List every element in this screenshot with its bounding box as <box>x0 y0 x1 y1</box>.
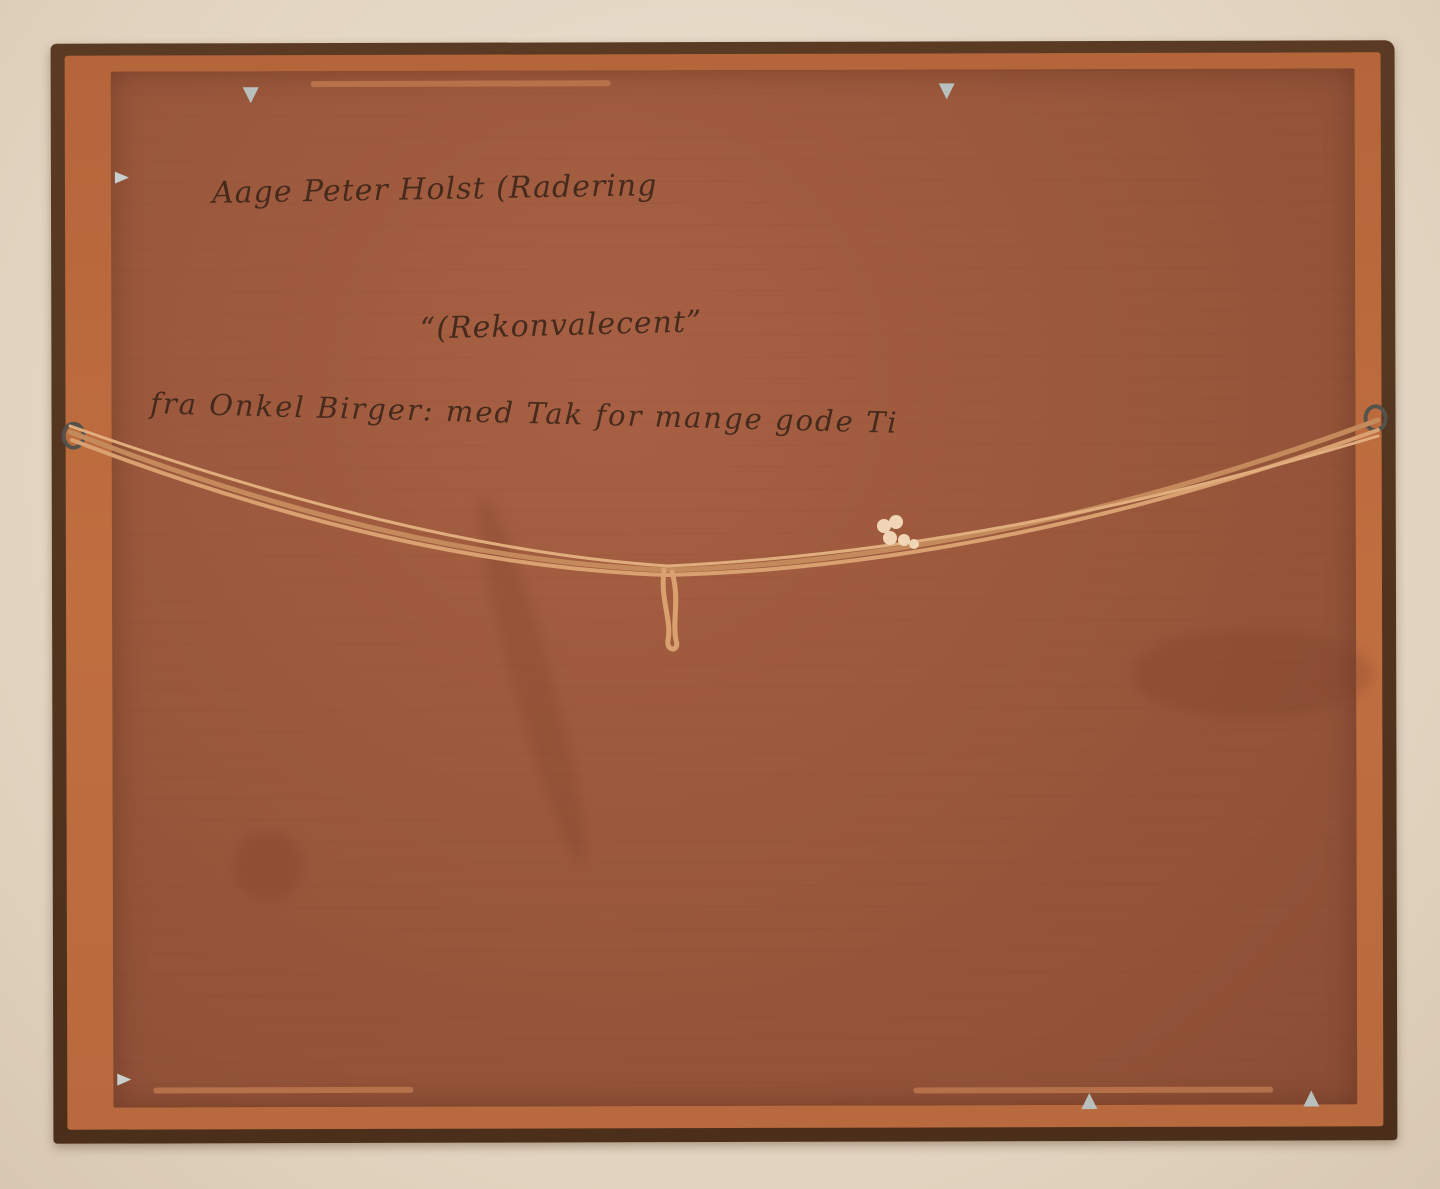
brad-icon <box>1303 1090 1319 1106</box>
backing-paper <box>111 68 1358 1107</box>
brad-icon <box>243 87 259 103</box>
brad-icon <box>117 1074 131 1086</box>
right-screw-eye-icon <box>1364 404 1388 432</box>
water-stain <box>1132 628 1372 719</box>
torn-paper-edge <box>311 80 611 87</box>
left-screw-eye-icon <box>62 422 86 450</box>
brad-icon <box>939 83 955 99</box>
torn-paper-edge <box>153 1087 413 1094</box>
water-stain <box>463 492 601 869</box>
photo-background: Aage Peter Holst (Radering “(Rekonvalece… <box>0 0 1440 1189</box>
inscription-title: “(Rekonvalecent” <box>420 304 703 346</box>
water-stain <box>233 831 303 901</box>
brad-icon <box>115 172 129 184</box>
brad-icon <box>1081 1093 1097 1109</box>
